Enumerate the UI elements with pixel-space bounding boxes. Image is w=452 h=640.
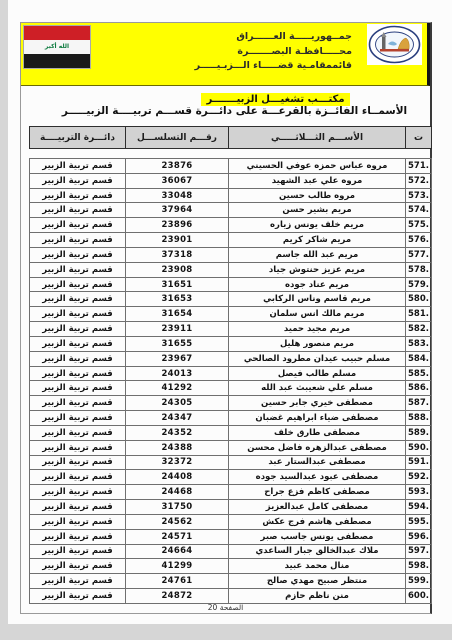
row-name: منتظر صبيح مهدي صالح: [229, 574, 406, 589]
row-serial: 33048: [126, 188, 229, 203]
row-dept: قسم تربية الزبير: [30, 425, 126, 440]
table-header-row: ت الأســـم الثـــلاثـــــي رقـــم التسلس…: [30, 127, 432, 149]
row-name: مروه علي عبد الشهيد: [229, 173, 406, 188]
row-serial: 24562: [126, 514, 229, 529]
row-serial: 23908: [126, 262, 229, 277]
row-name: مريم عناد جوده: [229, 277, 406, 292]
flag-black-stripe: [24, 54, 90, 68]
table-row: 590.مصطفى عبدالزهره فاضل محسن24388قسم تر…: [30, 440, 432, 455]
row-dept: قسم تربية الزبير: [30, 396, 126, 411]
table-row: 582.مريم مجيد حميد23911قسم تربية الزبير: [30, 322, 432, 337]
row-name: مريم بشير حسن: [229, 203, 406, 218]
table-row: 596.مصطفى يونس جاسب صبر24571قسم تربية ال…: [30, 529, 432, 544]
row-dept: قسم تربية الزبير: [30, 411, 126, 426]
row-dept: قسم تربية الزبير: [30, 233, 126, 248]
row-name: مريم عبد الله جاسم: [229, 247, 406, 262]
seal-lighthouse-icon: [382, 36, 386, 49]
row-dept: قسم تربية الزبير: [30, 529, 126, 544]
row-serial: 31654: [126, 307, 229, 322]
table-row: 585.مسلم طالب فيصل24013قسم تربية الزبير: [30, 366, 432, 381]
row-number: 589.: [406, 425, 432, 440]
table-row: 591.مصطفى عبدالستار عبد32372قسم تربية ال…: [30, 455, 432, 470]
row-serial: 31655: [126, 336, 229, 351]
row-name: مصطفى عبود عبدالسيد جوده: [229, 470, 406, 485]
page-number: الصفحة 20: [21, 603, 430, 612]
table-row: 574.مريم بشير حسن37964قسم تربية الزبير: [30, 203, 432, 218]
row-number: 592.: [406, 470, 432, 485]
row-dept: قسم تربية الزبير: [30, 544, 126, 559]
office-title-row: مكتـــب تشغيـــل الزبيـــــــر: [21, 87, 430, 106]
table-row: 579.مريم عناد جوده31651قسم تربية الزبير: [30, 277, 432, 292]
row-number: 582.: [406, 322, 432, 337]
table-row: 597.ملاك عبدالخالق جبار الساعدي24664قسم …: [30, 544, 432, 559]
row-dept: قسم تربية الزبير: [30, 470, 126, 485]
row-dept: قسم تربية الزبير: [30, 173, 126, 188]
row-dept: قسم تربية الزبير: [30, 336, 126, 351]
row-serial: 23901: [126, 233, 229, 248]
row-name: مسلم حبيب عيدان مطرود الصالحي: [229, 351, 406, 366]
row-serial: 23911: [126, 322, 229, 337]
row-name: مسلم طالب فيصل: [229, 366, 406, 381]
row-name: مصطفى عبدالزهره فاضل محسن: [229, 440, 406, 455]
row-name: مريم خلف يونس زياره: [229, 218, 406, 233]
table-row: 583.مريم منصور هليل31655قسم تربية الزبير: [30, 336, 432, 351]
row-serial: 24872: [126, 589, 229, 604]
document-page: الله أكبر جمــهوريـــــة العــــــراق مح…: [8, 0, 452, 624]
header-banner: الله أكبر جمــهوريـــــة العــــــراق مح…: [21, 23, 430, 86]
table-header: ت الأســـم الثـــلاثـــــي رقـــم التسلس…: [29, 126, 432, 149]
row-number: 586.: [406, 381, 432, 396]
table-row: 592.مصطفى عبود عبدالسيد جوده24408قسم ترب…: [30, 470, 432, 485]
row-name: مروه طالب حسين: [229, 188, 406, 203]
row-serial: 31653: [126, 292, 229, 307]
header-cell-name: الأســـم الثـــلاثـــــي: [229, 127, 406, 149]
row-dept: قسم تربية الزبير: [30, 351, 126, 366]
row-serial: 24571: [126, 529, 229, 544]
row-number: 599.: [406, 574, 432, 589]
table-row: 575.مريم خلف يونس زياره23896قسم تربية ال…: [30, 218, 432, 233]
basra-governorate-seal: [367, 24, 422, 65]
flag-white-stripe: الله أكبر: [24, 40, 90, 54]
row-number: 576.: [406, 233, 432, 248]
row-serial: 23876: [126, 159, 229, 174]
row-dept: قسم تربية الزبير: [30, 381, 126, 396]
row-serial: 24408: [126, 470, 229, 485]
row-number: 596.: [406, 529, 432, 544]
table-row: 599.منتظر صبيح مهدي صالح24761قسم تربية ا…: [30, 574, 432, 589]
row-serial: 24388: [126, 440, 229, 455]
row-name: منن ناظم حازم: [229, 589, 406, 604]
row-number: 574.: [406, 203, 432, 218]
table-row: 589.مصطفى طارق خلف24352قسم تربية الزبير: [30, 425, 432, 440]
row-dept: قسم تربية الزبير: [30, 455, 126, 470]
row-dept: قسم تربية الزبير: [30, 514, 126, 529]
row-name: مصطفى هاشم فرج عكش: [229, 514, 406, 529]
header-cell-serial: رقـــم التسلســـل: [126, 127, 229, 149]
org-line-governorate: محـــــافظـة البصـــــــرة: [195, 45, 352, 60]
table-row: 588.مصطفى ضياء ابراهيم غضبان24347قسم ترب…: [30, 411, 432, 426]
row-number: 580.: [406, 292, 432, 307]
row-serial: 41292: [126, 381, 229, 396]
row-number: 598.: [406, 559, 432, 574]
table-row: 587.مصطفى خيري جابر حسين24305قسم تربية ا…: [30, 396, 432, 411]
row-serial: 24305: [126, 396, 229, 411]
table-row: 580.مريم قاسم وناس الركابي31653قسم تربية…: [30, 292, 432, 307]
row-name: مصطفى طارق خلف: [229, 425, 406, 440]
row-number: 591.: [406, 455, 432, 470]
flag-red-stripe: [24, 26, 90, 40]
table-row: 578.مريم عزيز حنتوش جياد23908قسم تربية ا…: [30, 262, 432, 277]
row-dept: قسم تربية الزبير: [30, 277, 126, 292]
row-serial: 37318: [126, 247, 229, 262]
row-serial: 24468: [126, 485, 229, 500]
row-serial: 24664: [126, 544, 229, 559]
row-number: 579.: [406, 277, 432, 292]
row-name: مريم مالك انس سلمان: [229, 307, 406, 322]
table-row: 571.مروه عباس حمزه عوفي الحسيني23876قسم …: [30, 159, 432, 174]
table-body: 571.مروه عباس حمزه عوفي الحسيني23876قسم …: [30, 159, 432, 604]
row-name: مروه عباس حمزه عوفي الحسيني: [229, 159, 406, 174]
row-number: 594.: [406, 500, 432, 515]
table-row: 581.مريم مالك انس سلمان31654قسم تربية ال…: [30, 307, 432, 322]
row-serial: 41299: [126, 559, 229, 574]
table-row: 573.مروه طالب حسين33048قسم تربية الزبير: [30, 188, 432, 203]
row-serial: 37964: [126, 203, 229, 218]
row-dept: قسم تربية الزبير: [30, 292, 126, 307]
header-cell-no: ت: [406, 127, 432, 149]
table-row: 600.منن ناظم حازم24872قسم تربية الزبير: [30, 589, 432, 604]
row-dept: قسم تربية الزبير: [30, 218, 126, 233]
row-number: 573.: [406, 188, 432, 203]
row-name: مصطفى ضياء ابراهيم غضبان: [229, 411, 406, 426]
row-name: مريم عزيز حنتوش جياد: [229, 262, 406, 277]
row-dept: قسم تربية الزبير: [30, 307, 126, 322]
row-dept: قسم تربية الزبير: [30, 485, 126, 500]
table-row: 595.مصطفى هاشم فرج عكش24562قسم تربية الز…: [30, 514, 432, 529]
row-dept: قسم تربية الزبير: [30, 440, 126, 455]
row-number: 588.: [406, 411, 432, 426]
table-row: 586.مسلم علي شعيبث عبد الله41292قسم تربي…: [30, 381, 432, 396]
row-dept: قسم تربية الزبير: [30, 559, 126, 574]
row-dept: قسم تربية الزبير: [30, 188, 126, 203]
table-row: 576.مريم شاكر كريم23901قسم تربية الزبير: [30, 233, 432, 248]
table-row: 594.مصطفى كامل عبدالعزيز31750قسم تربية ا…: [30, 500, 432, 515]
row-number: 583.: [406, 336, 432, 351]
row-name: منال محمد عبيد: [229, 559, 406, 574]
row-number: 595.: [406, 514, 432, 529]
row-dept: قسم تربية الزبير: [30, 247, 126, 262]
table-row: 577.مريم عبد الله جاسم37318قسم تربية الز…: [30, 247, 432, 262]
header-cell-dept: دائـــرة التربيــــة: [30, 127, 126, 149]
row-number: 597.: [406, 544, 432, 559]
row-serial: 24013: [126, 366, 229, 381]
scanned-document: { "header": { "flag_takbir": "الله أكبر"…: [0, 0, 452, 640]
table-row: 593.مصطفى كاظم فزع جراح24468قسم تربية ال…: [30, 485, 432, 500]
row-serial: 36067: [126, 173, 229, 188]
row-serial: 24761: [126, 574, 229, 589]
org-titles: جمــهوريـــــة العــــــراق محـــــافظـة…: [195, 30, 352, 74]
row-number: 587.: [406, 396, 432, 411]
row-serial: 23896: [126, 218, 229, 233]
flag-takbir-text: الله أكبر: [45, 44, 69, 50]
row-number: 578.: [406, 262, 432, 277]
row-dept: قسم تربية الزبير: [30, 159, 126, 174]
row-name: مريم منصور هليل: [229, 336, 406, 351]
document-frame: الله أكبر جمــهوريـــــة العــــــراق مح…: [20, 22, 432, 614]
list-title: الأسمــاء الفائــزة بالقرعـــة على دائــ…: [30, 105, 439, 117]
row-dept: قسم تربية الزبير: [30, 203, 126, 218]
row-name: مصطفى عبدالستار عبد: [229, 455, 406, 470]
row-number: 590.: [406, 440, 432, 455]
row-dept: قسم تربية الزبير: [30, 366, 126, 381]
row-dept: قسم تربية الزبير: [30, 322, 126, 337]
names-table: 571.مروه عباس حمزه عوفي الحسيني23876قسم …: [29, 158, 432, 604]
row-name: مسلم علي شعيبث عبد الله: [229, 381, 406, 396]
row-name: مريم قاسم وناس الركابي: [229, 292, 406, 307]
row-number: 581.: [406, 307, 432, 322]
row-name: ملاك عبدالخالق جبار الساعدي: [229, 544, 406, 559]
row-name: مريم مجيد حميد: [229, 322, 406, 337]
row-number: 585.: [406, 366, 432, 381]
row-number: 572.: [406, 173, 432, 188]
row-name: مصطفى خيري جابر حسين: [229, 396, 406, 411]
row-number: 575.: [406, 218, 432, 233]
iraq-flag: الله أكبر: [23, 25, 91, 69]
row-name: مصطفى كامل عبدالعزيز: [229, 500, 406, 515]
row-serial: 24352: [126, 425, 229, 440]
row-serial: 31750: [126, 500, 229, 515]
row-serial: 23967: [126, 351, 229, 366]
row-number: 571.: [406, 159, 432, 174]
table-row: 572.مروه علي عبد الشهيد36067قسم تربية ال…: [30, 173, 432, 188]
row-name: مصطفى يونس جاسب صبر: [229, 529, 406, 544]
row-serial: 24347: [126, 411, 229, 426]
row-dept: قسم تربية الزبير: [30, 589, 126, 604]
row-number: 600.: [406, 589, 432, 604]
table-row: 598.منال محمد عبيد41299قسم تربية الزبير: [30, 559, 432, 574]
row-dept: قسم تربية الزبير: [30, 500, 126, 515]
row-number: 593.: [406, 485, 432, 500]
row-name: مصطفى كاظم فزع جراح: [229, 485, 406, 500]
org-line-district: قائممقامـية قضـــــاء الـــزبـيـــــر: [195, 59, 352, 74]
row-serial: 32372: [126, 455, 229, 470]
row-number: 577.: [406, 247, 432, 262]
row-name: مريم شاكر كريم: [229, 233, 406, 248]
row-number: 584.: [406, 351, 432, 366]
org-line-country: جمــهوريـــــة العــــــراق: [195, 30, 352, 45]
row-serial: 31651: [126, 277, 229, 292]
table-row: 584.مسلم حبيب عيدان مطرود الصالحي23967قس…: [30, 351, 432, 366]
seal-graphic: [367, 24, 422, 65]
row-dept: قسم تربية الزبير: [30, 262, 126, 277]
row-dept: قسم تربية الزبير: [30, 574, 126, 589]
